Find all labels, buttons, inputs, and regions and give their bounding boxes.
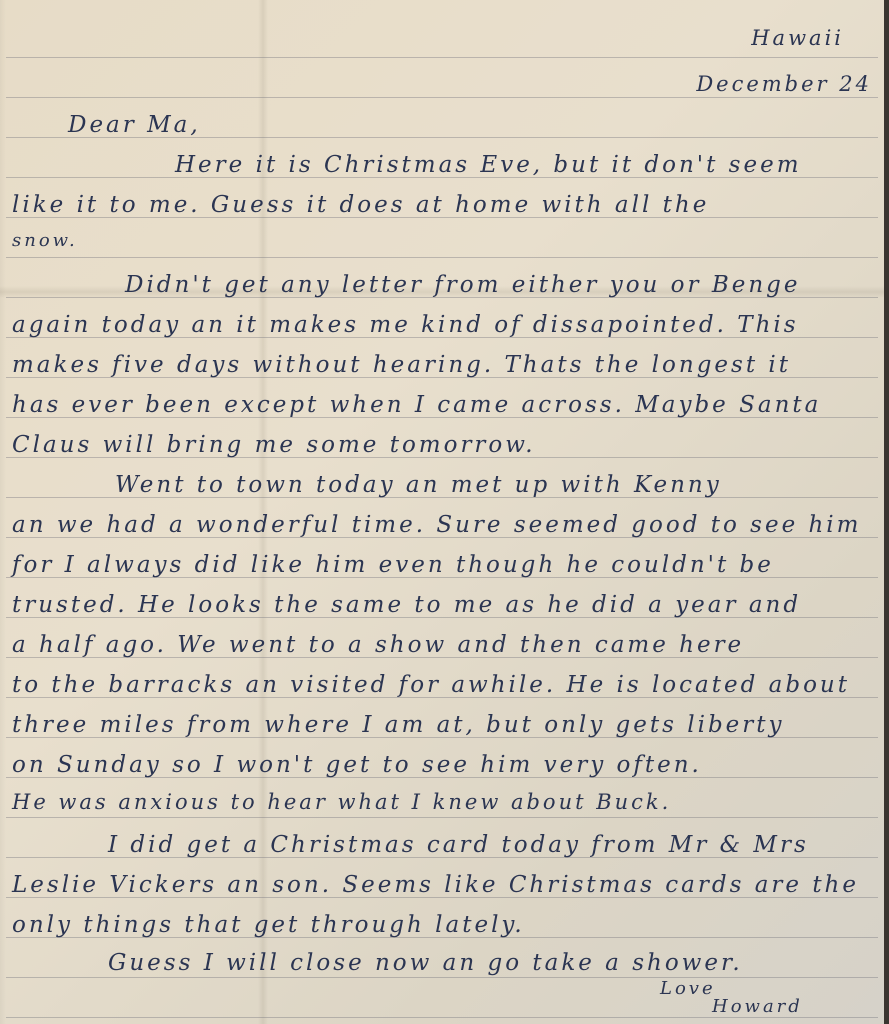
ruled-line — [6, 257, 878, 258]
letter-line: He was anxious to hear what I knew about… — [12, 790, 864, 814]
letter-line: Went to town today an met up with Kenny — [115, 472, 864, 498]
letter-page: Hawaii December 24 Dear Ma, Here it is C… — [0, 0, 884, 1024]
letter-line: makes five days without hearing. Thats t… — [12, 352, 864, 378]
letter-line: I did get a Christmas card today from Mr… — [108, 832, 864, 858]
letter-line: three miles from where I am at, but only… — [12, 712, 864, 738]
letter-line: only things that get through lately. — [12, 912, 864, 938]
letter-line: again today an it makes me kind of dissa… — [12, 312, 864, 338]
letter-line: snow. — [12, 230, 864, 251]
letter-line: a half ago. We went to a show and then c… — [12, 632, 864, 658]
letter-line: like it to me. Guess it does at home wit… — [12, 192, 864, 218]
ruled-line — [6, 817, 878, 818]
ruled-line — [6, 97, 878, 98]
letter-line: on Sunday so I won't get to see him very… — [12, 752, 864, 778]
letter-line: to the barracks an visited for awhile. H… — [12, 672, 864, 698]
letter-line: has ever been except when I came across.… — [12, 392, 864, 418]
letter-signature: Howard — [712, 996, 864, 1017]
letter-place: Hawaii — [12, 26, 844, 50]
letter-line: for I always did like him even though he… — [12, 552, 864, 578]
letter-line: trusted. He looks the same to me as he d… — [12, 592, 864, 618]
letter-date: December 24 — [12, 72, 872, 96]
letter-line: an we had a wonderful time. Sure seemed … — [12, 512, 864, 538]
ruled-line — [6, 57, 878, 58]
letter-line: Didn't get any letter from either you or… — [125, 272, 864, 298]
ruled-line — [6, 1017, 878, 1018]
letter-line: Leslie Vickers an son. Seems like Christ… — [12, 872, 864, 898]
letter-line: Claus will bring me some tomorrow. — [12, 432, 864, 458]
letter-salutation: Dear Ma, — [68, 112, 864, 138]
letter-line: Guess I will close now an go take a show… — [108, 950, 864, 976]
letter-line: Here it is Christmas Eve, but it don't s… — [70, 152, 864, 178]
